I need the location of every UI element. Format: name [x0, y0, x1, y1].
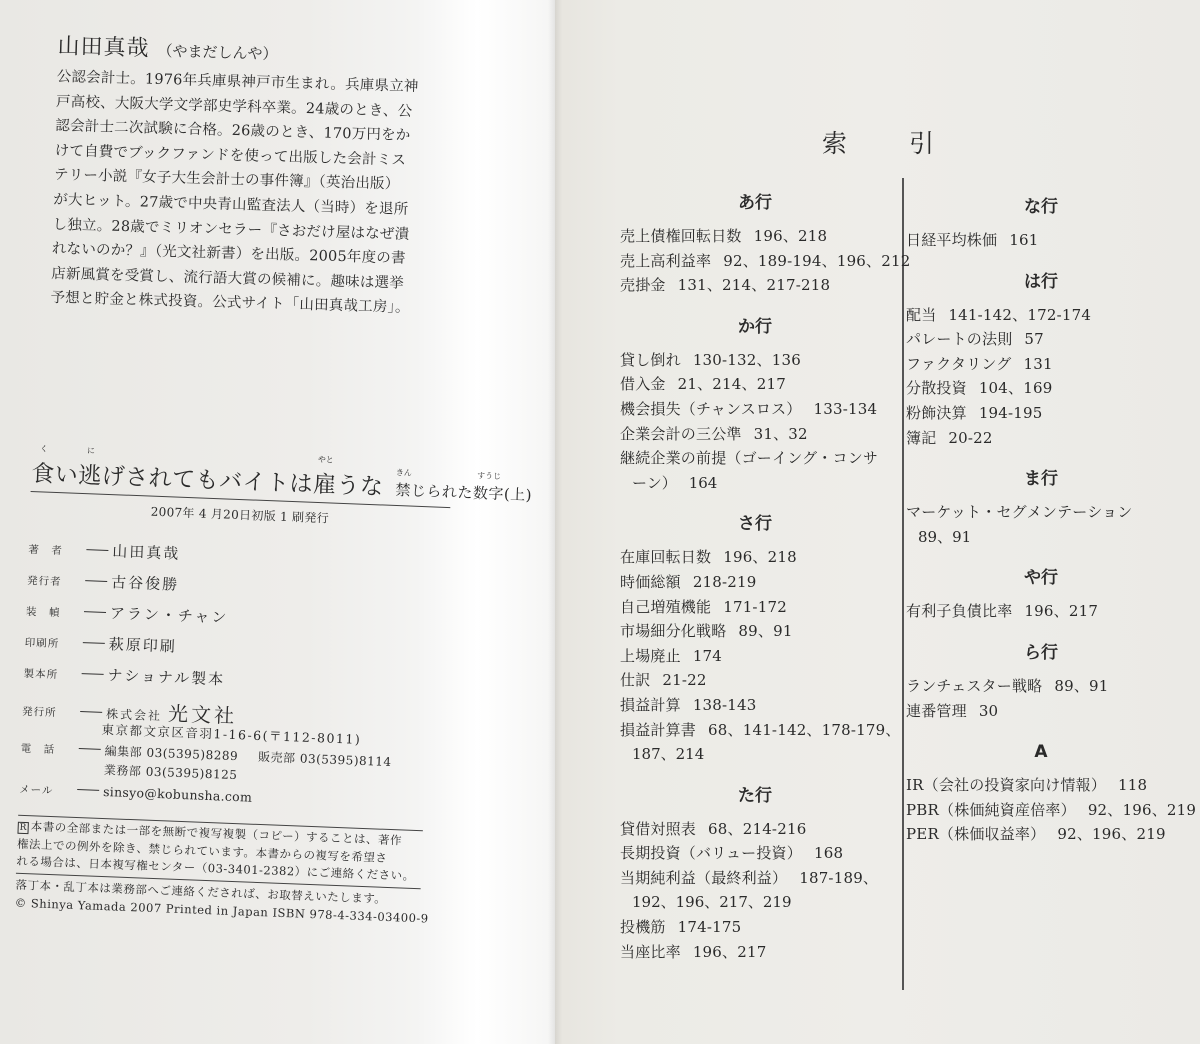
- spacer: [906, 723, 1176, 735]
- title-text: 食: [31, 461, 55, 488]
- entry-pages: 196、217: [1024, 602, 1098, 620]
- ruby: く: [40, 443, 48, 454]
- entry-pages: 194-195: [979, 404, 1043, 422]
- index-entry: IR（会社の投資家向け情報）118: [906, 773, 1176, 798]
- author-bio: 公認会計士。1976年兵庫県神戸市生まれ。兵庫県立神 戸高校、大阪大学文学部史学…: [50, 65, 477, 323]
- subtitle-text: 数字: [473, 484, 505, 503]
- mail-address: sinsyo@kobunsha.com: [103, 784, 253, 805]
- entry-pages: 168: [814, 844, 843, 862]
- title-text: い: [54, 462, 78, 489]
- dash: [86, 549, 108, 551]
- phone-editorial: 編集部 03(5395)8289: [104, 744, 238, 763]
- index-entry: ランチェスター戦略89、91: [906, 674, 1176, 699]
- index-entry: 損益計算書68、141-142、178-179、: [620, 718, 890, 743]
- spacer: [906, 450, 1176, 462]
- entry-pages: 164: [689, 474, 718, 492]
- credit-label: 発行者: [27, 573, 82, 590]
- entry-term: 企業会計の三公準: [620, 425, 742, 443]
- entry-pages: 131、214、217-218: [678, 276, 831, 294]
- dash: [79, 748, 101, 750]
- entry-term: パレートの法則: [906, 330, 1012, 348]
- entry-pages: 218-219: [693, 573, 757, 591]
- index-entry: PER（株価収益率）92、196、219: [906, 822, 1176, 847]
- credit-value: 古谷俊勝: [111, 571, 180, 595]
- entry-pages: 21、214、217: [678, 375, 786, 393]
- spacer: [620, 495, 890, 507]
- index-entry: 粉飾決算194-195: [906, 401, 1176, 426]
- section-heading: さ行: [620, 507, 890, 545]
- index-entry: 在庫回転日数196、218: [620, 545, 890, 570]
- entry-term: 在庫回転日数: [620, 548, 711, 566]
- entry-pages: 141-142、172-174: [948, 306, 1091, 324]
- entry-term: 有利子負債比率: [906, 602, 1012, 620]
- ruby: きん: [396, 467, 412, 479]
- entry-pages: 196、217: [693, 943, 767, 961]
- index-entry: パレートの法則57: [906, 327, 1176, 352]
- index-entry: 当座比率196、217: [620, 940, 890, 965]
- index-entry: 分散投資104、169: [906, 376, 1176, 401]
- entry-pages: 131: [1024, 355, 1053, 373]
- entry-term: ファクタリング: [906, 355, 1012, 373]
- spacer: [906, 253, 1176, 265]
- credit-value: アラン・チャン: [110, 602, 229, 628]
- entry-pages: 187-189、: [799, 869, 878, 887]
- index-entry: 企業会計の三公準31、32: [620, 422, 890, 447]
- spacer: [906, 549, 1176, 561]
- section-heading: A: [906, 735, 1176, 773]
- index-entry: 当期純利益（最終利益）187-189、: [620, 866, 890, 891]
- book-subtitle: きん禁じられたすうじ数字(上): [395, 481, 532, 504]
- spacer: [906, 624, 1176, 636]
- entry-term: 借入金: [620, 375, 666, 393]
- section-heading: や行: [906, 561, 1176, 599]
- entry-pages: 92、196、219: [1057, 825, 1165, 843]
- credit-value: 山田真哉: [112, 540, 181, 564]
- entry-pages: 174: [693, 647, 722, 665]
- section-heading: か行: [620, 310, 890, 348]
- entry-term: 当期純利益（最終利益）: [620, 869, 787, 887]
- entry-pages: 174-175: [678, 918, 742, 936]
- title-text: 雇: [313, 472, 337, 499]
- entry-pages: 30: [979, 702, 999, 720]
- index-entry: 売上高利益率92、189-194、196、212: [620, 249, 890, 274]
- index-entry-continued: 187、214: [620, 742, 890, 767]
- entry-term: 上場廃止: [620, 647, 681, 665]
- entry-term: 継続企業の前提（ゴーイング・コンサ: [620, 449, 878, 467]
- entry-pages: 89、91: [738, 622, 792, 640]
- book-title: く食いに逃げされてもバイトはやと雇うなきん禁じられたすうじ数字(上): [31, 455, 452, 504]
- entry-pages: 118: [1118, 776, 1147, 794]
- entry-term: 連番管理: [906, 702, 967, 720]
- entry-term-cont: ーン）: [632, 474, 677, 492]
- section-heading: た行: [620, 779, 890, 817]
- ruby: やと: [318, 454, 334, 466]
- index-entry: 配当141-142、172-174: [906, 303, 1176, 328]
- entry-pages: 171-172: [723, 598, 787, 616]
- index-entry: 日経平均株価161: [906, 228, 1176, 253]
- dash: [84, 611, 106, 613]
- index-entry: 有利子負債比率196、217: [906, 599, 1176, 624]
- index-entry: 投機筋174-175: [620, 915, 890, 940]
- credit-value: 萩原印刷: [108, 633, 177, 657]
- entry-pages: 92、196、219: [1088, 801, 1196, 819]
- entry-term: 配当: [906, 306, 936, 324]
- entry-term: 長期投資（バリュー投資）: [620, 844, 802, 862]
- entry-pages: 92、189-194、196、212: [723, 252, 910, 270]
- credit-label: 製本所: [23, 666, 78, 683]
- section-heading: ら行: [906, 636, 1176, 674]
- entry-term: 売上高利益率: [620, 252, 711, 270]
- r-mark-icon: R: [17, 822, 28, 834]
- subtitle-kanji: きん禁: [395, 479, 411, 501]
- author-name-text: 山田真哉: [57, 34, 150, 62]
- entry-term: PER（株価収益率）: [906, 825, 1045, 843]
- index-entry: PBR（株価純資産倍率）92、196、219: [906, 798, 1176, 823]
- index-entry: 上場廃止174: [620, 644, 890, 669]
- entry-pages: 196、218: [754, 227, 828, 245]
- index-entry: 貸し倒れ130-132、136: [620, 348, 890, 373]
- index-entry-continued: 89、91: [906, 525, 1176, 550]
- author-profile: 山田真哉 （やまだしんや） 公認会計士。1976年兵庫県神戸市生まれ。兵庫県立神…: [50, 32, 478, 323]
- section-heading: あ行: [620, 186, 890, 224]
- entry-term: 損益計算書: [620, 721, 696, 739]
- entry-term: 仕訳: [620, 671, 650, 689]
- credit-label: 装 幀: [26, 604, 81, 621]
- entry-term: 売掛金: [620, 276, 666, 294]
- index-entry: 借入金21、214、217: [620, 372, 890, 397]
- index-entry-continued: 192、196、217、219: [620, 890, 890, 915]
- spacer: [620, 767, 890, 779]
- subtitle-text: 禁: [395, 481, 411, 500]
- subtitle-kanji: すうじ数字: [473, 482, 505, 504]
- entry-pages: 161: [1009, 231, 1038, 249]
- index-column-right: な行 日経平均株価161 は行 配当141-142、172-174 パレートの法…: [906, 190, 1176, 847]
- entry-pages: 89、91: [1054, 677, 1108, 695]
- entry-term: 損益計算: [620, 696, 681, 714]
- index-entry: マーケット・セグメンテーション: [906, 500, 1176, 525]
- entry-pages: 68、141-142、178-179、: [708, 721, 901, 739]
- index-entry: 仕訳21-22: [620, 668, 890, 693]
- entry-pages: 196、218: [723, 548, 797, 566]
- entry-pages: 20-22: [948, 429, 992, 447]
- title-text: げされてもバイトは: [101, 464, 313, 498]
- index-column-left: あ行 売上債権回転日数196、218 売上高利益率92、189-194、196、…: [620, 186, 890, 964]
- credit-label: 印刷所: [25, 635, 80, 652]
- credit-label: メール: [19, 782, 74, 799]
- subtitle-text: じられた: [411, 482, 474, 502]
- phone-sales: 販売部 03(5395)8114: [258, 750, 392, 769]
- entry-term: 粉飾決算: [906, 404, 967, 422]
- title-kanji: やと雇: [313, 466, 338, 500]
- entry-term: 貸し倒れ: [620, 351, 681, 369]
- index-title: 索引: [822, 124, 996, 160]
- credit-label: 著 者: [28, 542, 83, 559]
- index-entry: 損益計算138-143: [620, 693, 890, 718]
- index-entry: 市場細分化戦略89、91: [620, 619, 890, 644]
- entry-pages: 31、32: [754, 425, 808, 443]
- gutter: [548, 0, 562, 1044]
- entry-term: 日経平均株価: [906, 231, 997, 249]
- spacer: [620, 298, 890, 310]
- entry-pages: 21-22: [662, 671, 706, 689]
- section-heading: な行: [906, 190, 1176, 228]
- index-entry: 売上債権回転日数196、218: [620, 224, 890, 249]
- dash: [77, 789, 99, 791]
- index-entry: ファクタリング131: [906, 352, 1176, 377]
- entry-term: 貸借対照表: [620, 820, 696, 838]
- edition-date: 2007年 4 月20日初版 1 刷発行: [30, 498, 450, 531]
- entry-pages: 130-132、136: [693, 351, 801, 369]
- dash: [80, 711, 102, 713]
- title-kanji: に逃: [78, 457, 103, 491]
- author-reading: （やまだしんや）: [157, 42, 277, 63]
- entry-term: 機会損失（チャンスロス）: [620, 400, 802, 418]
- index-entry: 売掛金131、214、217-218: [620, 273, 890, 298]
- entry-term: マーケット・セグメンテーション: [906, 503, 1133, 521]
- entry-term: 簿記: [906, 429, 936, 447]
- entry-term: PBR（株価純資産倍率）: [906, 801, 1076, 819]
- dash: [82, 673, 104, 675]
- index-entry: 時価総額218-219: [620, 570, 890, 595]
- entry-term: 自己増殖機能: [620, 598, 711, 616]
- index-entry: 貸借対照表68、214-216: [620, 817, 890, 842]
- entry-term: 売上債権回転日数: [620, 227, 742, 245]
- entry-term: ランチェスター戦略: [906, 677, 1042, 695]
- section-heading: は行: [906, 265, 1176, 303]
- credits-list: 著 者 山田真哉 発行者 古谷俊勝 装 幀 アラン・チャン 印刷所 萩原印刷 製…: [19, 537, 449, 817]
- dash: [83, 642, 105, 644]
- entry-term: 分散投資: [906, 379, 967, 397]
- credit-label: 電 話: [20, 741, 75, 758]
- title-text: 逃: [78, 463, 102, 490]
- index-entry: 長期投資（バリュー投資）168: [620, 841, 890, 866]
- colophon-page: 山田真哉 （やまだしんや） 公認会計士。1976年兵庫県神戸市生まれ。兵庫県立神…: [0, 0, 555, 1044]
- index-entry: 連番管理30: [906, 699, 1176, 724]
- entry-pages: 57: [1024, 330, 1044, 348]
- dash: [85, 580, 107, 582]
- index-entry: 機会損失（チャンスロス）133-134: [620, 397, 890, 422]
- index-entry: 簿記20-22: [906, 426, 1176, 451]
- ruby: に: [87, 445, 95, 456]
- entry-term: 市場細分化戦略: [620, 622, 726, 640]
- subtitle-text: (上): [504, 485, 533, 504]
- column-divider: [902, 178, 904, 990]
- title-kanji: く食: [31, 455, 56, 489]
- index-entry: 継続企業の前提（ゴーイング・コンサ: [620, 446, 890, 471]
- entry-pages: 138-143: [693, 696, 757, 714]
- entry-term: 当座比率: [620, 943, 681, 961]
- index-entry-continued: ーン）164: [620, 471, 890, 496]
- entry-pages: 68、214-216: [708, 820, 806, 838]
- credit-label: 発行所: [22, 704, 77, 721]
- ruby: すうじ: [477, 470, 501, 482]
- colophon: く食いに逃げされてもバイトはやと雇うなきん禁じられたすうじ数字(上) 2007年…: [14, 455, 451, 927]
- index-entry: 自己増殖機能171-172: [620, 595, 890, 620]
- entry-pages: 133-134: [814, 400, 878, 418]
- title-text: うな: [336, 473, 384, 501]
- credit-value: ナショナル製本: [107, 664, 225, 690]
- entry-term: 時価総額: [620, 573, 681, 591]
- entry-term: 投機筋: [620, 918, 666, 936]
- entry-pages: 104、169: [979, 379, 1053, 397]
- section-heading: ま行: [906, 462, 1176, 500]
- entry-term: IR（会社の投資家向け情報）: [906, 776, 1106, 794]
